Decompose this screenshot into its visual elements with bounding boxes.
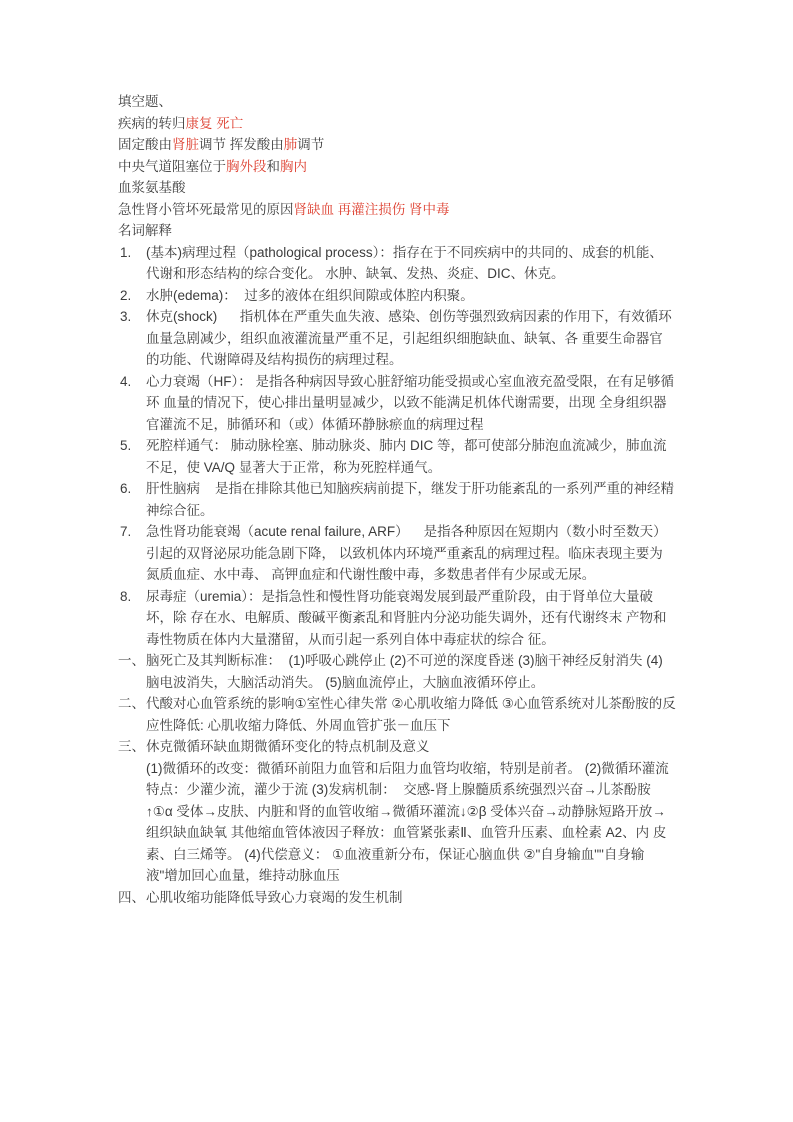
answer-text: 肺 <box>284 137 298 152</box>
fill-blank-line: 名词解释 <box>118 220 676 242</box>
item-text: 休克微循环缺血期微循环变化的特点机制及意义 <box>146 739 430 754</box>
fill-blank-line: 血浆氨基酸 <box>118 177 676 199</box>
item-cn-number: 一、 <box>118 650 146 672</box>
question-text: 疾病的转归 <box>118 116 186 131</box>
definition-item: 1.(基本)病理过程（pathological process）：指存在于不同疾… <box>118 242 676 285</box>
fill-blank-line: 填空题、 <box>118 91 676 113</box>
question-text: 血浆氨基酸 <box>118 180 186 195</box>
definition-item: 2.水肿(edema)： 过多的液体在组织间隙或体腔内积聚。 <box>118 285 676 307</box>
essay-item: 二、代酸对心血管系统的影响①室性心律失常 ②心肌收缩力降低 ③心血管系统对儿茶酚… <box>118 693 676 736</box>
item-number: 3. <box>118 306 146 328</box>
answer-text: 肾缺血 再灌注损伤 肾中毒 <box>294 202 450 217</box>
term-definition-list: 1.(基本)病理过程（pathological process）：指存在于不同疾… <box>118 242 676 651</box>
item-cn-number: 二、 <box>118 693 146 715</box>
fill-blank-line: 急性肾小管坏死最常见的原因肾缺血 再灌注损伤 肾中毒 <box>118 199 676 221</box>
question-text: 填空题、 <box>118 94 172 109</box>
fill-blank-line: 固定酸由肾脏调节 挥发酸由肺调节 <box>118 134 676 156</box>
fill-blank-line: 中央气道阻塞位于胸外段和胸内 <box>118 156 676 178</box>
item-text: (基本)病理过程（pathological process）：指存在于不同疾病中… <box>146 245 663 282</box>
item-text: 心力衰竭（HF）： 是指各种病因导致心脏舒缩功能受损或心室血液充盈受限，在有足够… <box>146 374 674 432</box>
definition-item: 5.死腔样通气： 肺动脉栓塞、肺动脉炎、肺内 DIC 等，都可使部分肺泡血流减少… <box>118 435 676 478</box>
question-text: 和 <box>267 159 281 174</box>
answer-text: 康复 死亡 <box>186 116 244 131</box>
item-text: 脑死亡及其判断标准： (1)呼吸心跳停止 (2)不可逆的深度昏迷 (3)脑干神经… <box>146 653 663 690</box>
definition-item: 7.急性肾功能衰竭（acute renal failure, ARF） 是指各种… <box>118 521 676 586</box>
item-number: 8. <box>118 586 146 608</box>
question-text: 调节 <box>297 137 324 152</box>
answer-text: 肾脏 <box>172 137 199 152</box>
essay-item: 四、心肌收缩功能降低导致心力衰竭的发生机制 <box>118 887 676 909</box>
item-paragraph: (1)微循环的改变：微循环前阻力血管和后阻力血管均收缩，特别是前者。 (2)微循… <box>146 758 676 887</box>
item-cn-number: 三、 <box>118 736 146 758</box>
question-text: 中央气道阻塞位于 <box>118 159 226 174</box>
item-text: 尿毒症（uremia）：是指急性和慢性肾功能衰竭发展到最严重阶段，由于肾单位大量… <box>146 589 667 647</box>
fill-in-blank-section: 填空题、疾病的转归康复 死亡固定酸由肾脏调节 挥发酸由肺调节中央气道阻塞位于胸外… <box>118 91 676 242</box>
answer-text: 胸外段 <box>226 159 267 174</box>
answer-text: 胸内 <box>280 159 307 174</box>
question-text: 急性肾小管坏死最常见的原因 <box>118 202 294 217</box>
item-number: 5. <box>118 435 146 457</box>
definition-item: 4.心力衰竭（HF）： 是指各种病因导致心脏舒缩功能受损或心室血液充盈受限，在有… <box>118 371 676 436</box>
item-cn-number: 四、 <box>118 887 146 909</box>
definition-item: 6.肝性脑病 是指在排除其他已知脑疾病前提下，继发于肝功能紊乱的一系列严重的神经… <box>118 478 676 521</box>
document-page: 填空题、疾病的转归康复 死亡固定酸由肾脏调节 挥发酸由肺调节中央气道阻塞位于胸外… <box>0 0 793 1122</box>
essay-item: 三、休克微循环缺血期微循环变化的特点机制及意义(1)微循环的改变：微循环前阻力血… <box>118 736 676 887</box>
question-text: 固定酸由 <box>118 137 172 152</box>
item-text: 急性肾功能衰竭（acute renal failure, ARF） 是指各种原因… <box>146 524 667 582</box>
item-text: 死腔样通气： 肺动脉栓塞、肺动脉炎、肺内 DIC 等，都可使部分肺泡血流减少，肺… <box>146 438 670 475</box>
fill-blank-line: 疾病的转归康复 死亡 <box>118 113 676 135</box>
item-number: 2. <box>118 285 146 307</box>
item-number: 6. <box>118 478 146 500</box>
item-text: 肝性脑病 是指在排除其他已知脑疾病前提下，继发于肝功能紊乱的一系列严重的神经精神… <box>146 481 674 518</box>
item-number: 1. <box>118 242 146 264</box>
item-text: 代酸对心血管系统的影响①室性心律失常 ②心肌收缩力降低 ③心血管系统对儿茶酚胺的… <box>146 696 676 733</box>
item-number: 4. <box>118 371 146 393</box>
item-text: 休克(shock) 指机体在严重失血失液、感染、创伤等强烈致病因素的作用下，有效… <box>146 309 676 367</box>
essay-item: 一、脑死亡及其判断标准： (1)呼吸心跳停止 (2)不可逆的深度昏迷 (3)脑干… <box>118 650 676 693</box>
item-text: 水肿(edema)： 过多的液体在组织间隙或体腔内积聚。 <box>146 288 474 303</box>
document-content: 填空题、疾病的转归康复 死亡固定酸由肾脏调节 挥发酸由肺调节中央气道阻塞位于胸外… <box>0 0 793 908</box>
item-number: 7. <box>118 521 146 543</box>
item-text: 心肌收缩功能降低导致心力衰竭的发生机制 <box>146 890 403 905</box>
definition-item: 8.尿毒症（uremia）：是指急性和慢性肾功能衰竭发展到最严重阶段，由于肾单位… <box>118 586 676 651</box>
question-text: 名词解释 <box>118 223 172 238</box>
definition-item: 3.休克(shock) 指机体在严重失血失液、感染、创伤等强烈致病因素的作用下，… <box>118 306 676 371</box>
question-text: 调节 挥发酸由 <box>199 137 284 152</box>
essay-question-list: 一、脑死亡及其判断标准： (1)呼吸心跳停止 (2)不可逆的深度昏迷 (3)脑干… <box>118 650 676 908</box>
